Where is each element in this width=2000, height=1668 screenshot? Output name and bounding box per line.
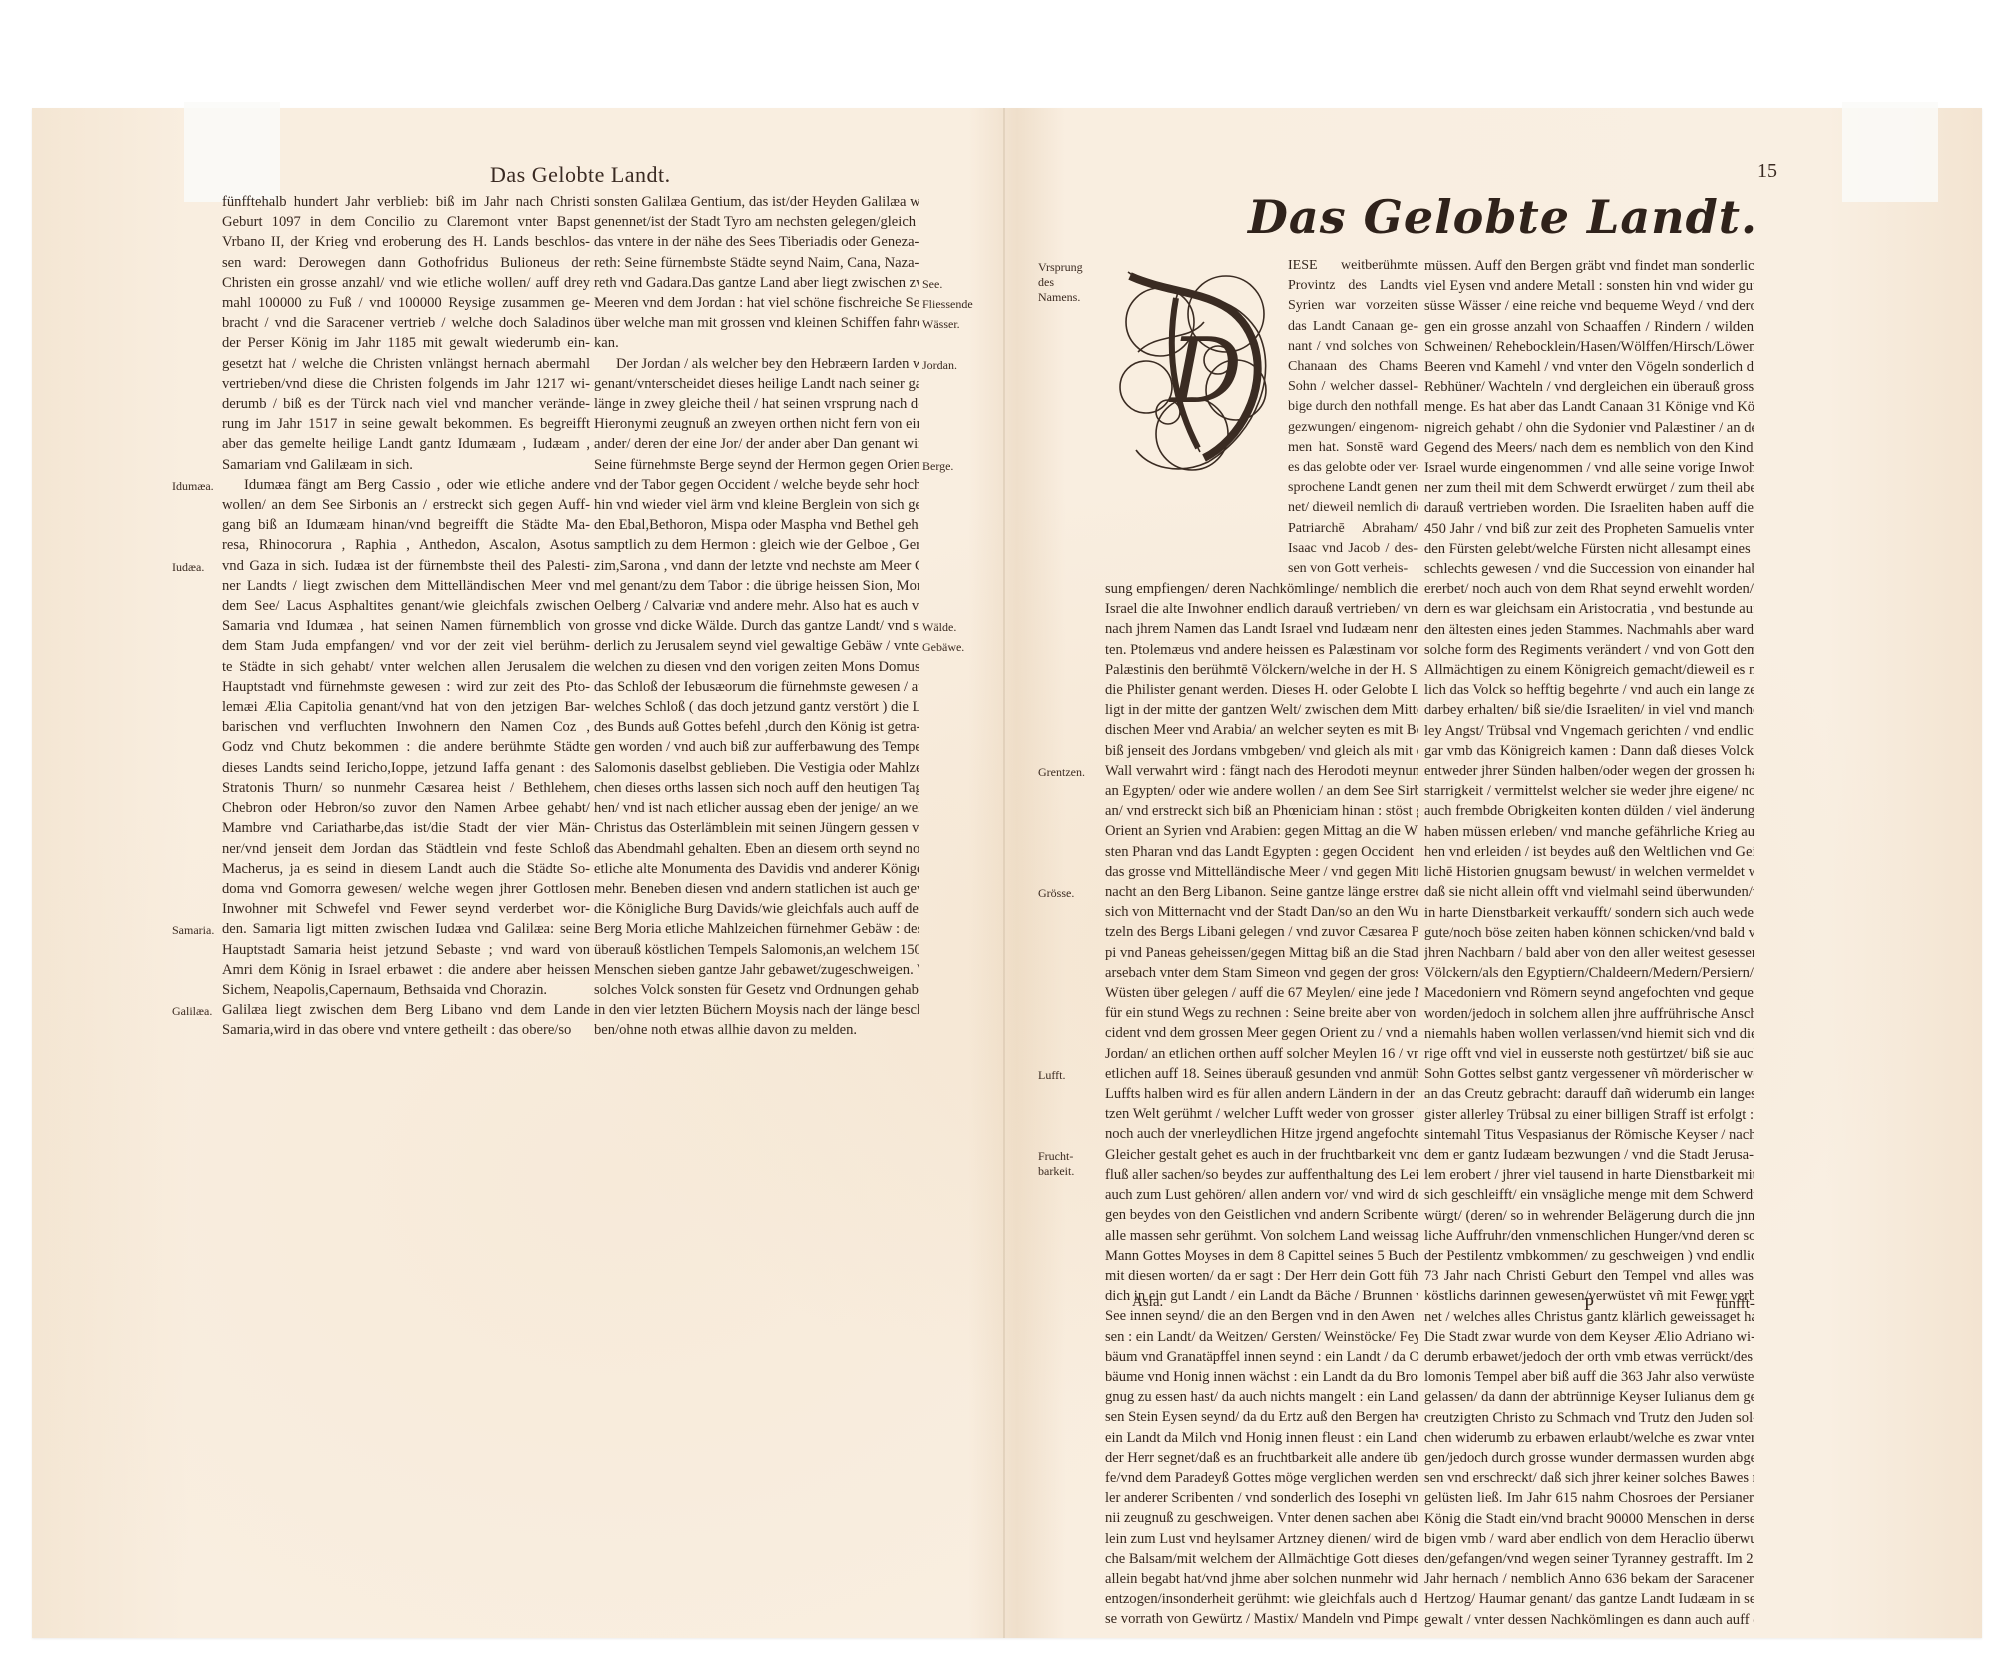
margin-note: Galilæa. bbox=[172, 1004, 222, 1019]
text-line: dischen Meer vnd Arabia/ an welcher seyt… bbox=[1105, 720, 1418, 740]
text-line: Mambre vnd Cariatharbe,das ist/die Stadt… bbox=[222, 818, 590, 838]
text-line: se vorrath von Gewürtz / Mastix/ Mandeln… bbox=[1105, 1609, 1418, 1629]
text-line: Hauptstadt vnd fürnehmste gewesen : wird… bbox=[222, 677, 590, 697]
text-line: Amri dem König in Israel erbawet : die a… bbox=[222, 960, 590, 980]
text-line: Sohn Gottes selbst gantz vergessener vñ … bbox=[1424, 1064, 1754, 1084]
text-line: genennet/ist der Stadt Tyro am nechsten … bbox=[594, 212, 919, 232]
text-line: sonsten Galilæa Gentium, das ist/der Hey… bbox=[594, 192, 919, 212]
text-line: pi vnd Paneas geheissen/gegen Mittag biß… bbox=[1105, 943, 1418, 963]
text-line: zim,Sarona , vnd dann der letzte vnd nec… bbox=[594, 556, 919, 576]
text-line: liche Auffruhr/den vnmenschlichen Hunger… bbox=[1424, 1226, 1754, 1246]
text-line: Chebron oder Hebron/so zuvor den Namen A… bbox=[222, 798, 590, 818]
text-line: die Philister genant werden. Dieses H. o… bbox=[1105, 680, 1418, 700]
text-line: Palæstinis den berühmtē Völckern/welche … bbox=[1105, 660, 1418, 680]
text-line: ten. Ptolemæus vnd andere heissen es Pal… bbox=[1105, 640, 1418, 660]
margin-note: Fliessende bbox=[922, 297, 992, 312]
text-line: Salomonis daselbst geblieben. Die Vestig… bbox=[594, 758, 919, 778]
text-line: lemæi Ælia Capitolia genant/vnd hat von … bbox=[222, 697, 590, 717]
text-line: dem er gantz Iudæam bezwungen / vnd die … bbox=[1424, 1145, 1754, 1165]
text-line: wollen/ an dem See Sirbonis an / erstrec… bbox=[222, 495, 590, 515]
decorated-initial-d-icon: D bbox=[1108, 262, 1278, 477]
text-line: sen : ein Landt/ da Weitzen/ Gersten/ We… bbox=[1105, 1327, 1418, 1347]
text-line: Gleicher gestalt gehet es auch in der fr… bbox=[1105, 1145, 1418, 1165]
text-line: Chanaan des Chams bbox=[1288, 357, 1418, 377]
text-line: gen ein grosse anzahl von Schaaffen / Ri… bbox=[1424, 317, 1754, 337]
text-line: mehr. Beneben diesen vnd andern statlich… bbox=[594, 879, 919, 899]
text-line: solches Volck sonsten für Gesetz vnd Ord… bbox=[594, 980, 919, 1000]
column-catchword: Asia. bbox=[1132, 1294, 1163, 1311]
text-line: lomonis Tempel aber biß auff die 363 Jah… bbox=[1424, 1367, 1754, 1387]
text-line: reth vnd Gadara.Das gantze Land aber lie… bbox=[594, 273, 919, 293]
text-line: sich geschleifft/ ein vnsägliche menge m… bbox=[1424, 1185, 1754, 1205]
text-line: barischen vnd verfluchten Inwohnern den … bbox=[222, 717, 590, 737]
right-page-column-1: sung empfiengen/ deren Nachkömlinge/ nem… bbox=[1105, 579, 1418, 1630]
margin-note: Iudæa. bbox=[172, 560, 222, 575]
text-line: den Ebal,Bethoron, Mispa oder Maspha vnd… bbox=[594, 515, 919, 535]
text-line: sich von Mitternacht vnd der Stadt Dan/s… bbox=[1105, 902, 1418, 922]
text-line: würgt/ (deren/ so in wehrender Belägerun… bbox=[1424, 1206, 1754, 1226]
text-line: entzogen/insonderheit gerühmt: wie gleic… bbox=[1105, 1589, 1418, 1609]
text-line: dieses Landts seind Iericho,Ioppe, jetzu… bbox=[222, 758, 590, 778]
text-line: derumb erbawet/jedoch der orth vmb etwas… bbox=[1424, 1347, 1754, 1367]
text-line: vnd Gaza in sich. Iudæa ist der fürnembs… bbox=[222, 556, 590, 576]
text-line: samptlich zu dem Hermon : gleich wie der… bbox=[594, 535, 919, 555]
text-line: lich das Volck so hefftig begehrte / vnd… bbox=[1424, 680, 1754, 700]
text-line: etlichen auff 18. Seines überauß gesunde… bbox=[1105, 1064, 1418, 1084]
text-line: überauß köstlichen Tempels Salomonis,an … bbox=[594, 940, 919, 960]
text-line: Galilæa liegt zwischen dem Berg Libano v… bbox=[222, 1000, 590, 1020]
text-line: Gegend des Meers/ nach dem es nemblich v… bbox=[1424, 438, 1754, 458]
text-line: die Königliche Burg Davids/wie gleichfal… bbox=[594, 899, 919, 919]
text-line: gezwungen/ eingenom- bbox=[1288, 418, 1418, 438]
text-line: Völckern/als den Egyptiern/Chaldeern/Med… bbox=[1424, 963, 1754, 983]
text-line: müssen. Auff den Bergen gräbt vnd findet… bbox=[1424, 256, 1754, 276]
text-line: lem erobert / jhrer viel tausend in hart… bbox=[1424, 1165, 1754, 1185]
text-line: Samaria vnd Idumæa , hat seinen Namen fü… bbox=[222, 616, 590, 636]
text-line: in den vier letzten Büchern Moysis nach … bbox=[594, 1000, 919, 1020]
text-line: mit diesen worten/ da er sagt : Der Herr… bbox=[1105, 1266, 1418, 1286]
text-line: welchen zu diesen vnd den vorigen zeiten… bbox=[594, 657, 919, 677]
text-line: süsse Wässer / eine reiche vnd bequeme W… bbox=[1424, 296, 1754, 316]
margin-note: Grentzen. bbox=[1038, 765, 1098, 780]
text-line: Seine fürnehmste Berge seynd der Hermon … bbox=[594, 455, 919, 475]
text-line: solche form des Regiments verändert / vn… bbox=[1424, 640, 1754, 660]
text-line: gang biß an Idumæam hinan/vnd begreifft … bbox=[222, 515, 590, 535]
text-line: bäume vnd Honig innen wächst : ein Landt… bbox=[1105, 1367, 1418, 1387]
text-line: Godz vnd Chutz bekommen : die andere ber… bbox=[222, 737, 590, 757]
text-line: kan. bbox=[594, 333, 919, 353]
text-line: net/ dieweil nemlich die bbox=[1288, 498, 1418, 518]
text-line: an das Creutz gebracht: darauff dañ wide… bbox=[1424, 1084, 1754, 1104]
text-line: gute/noch böse zeiten haben können schic… bbox=[1424, 923, 1754, 943]
text-line: lichē Historien gnugsam bewust/ in welch… bbox=[1424, 862, 1754, 882]
text-line: des Bunds auß Gottes befehl ,durch den K… bbox=[594, 717, 919, 737]
text-line: Der Jordan / als welcher bey den Hebræer… bbox=[594, 354, 919, 374]
text-line: chen dieses orths lassen sich noch auff … bbox=[594, 778, 919, 798]
text-line: ley Angst/ Trübsal vnd Vngemach gerichte… bbox=[1424, 721, 1754, 741]
text-line: cident vnd dem grossen Meer gegen Orient… bbox=[1105, 1023, 1418, 1043]
text-line: König die Stadt ein/vnd bracht 90000 Men… bbox=[1424, 1509, 1754, 1529]
text-line: bige durch den nothfall bbox=[1288, 397, 1418, 417]
text-line: ander/ deren der eine Jor/ der ander abe… bbox=[594, 434, 919, 454]
text-line: den. Samaria ligt mitten zwischen Iudæa … bbox=[222, 919, 590, 939]
text-line: schlechts gewesen / vnd die Succession v… bbox=[1424, 559, 1754, 579]
text-line: niemahls haben wollen verlassen/vnd hiem… bbox=[1424, 1024, 1754, 1044]
text-line: gen/jedoch durch grosse wunder dermassen… bbox=[1424, 1448, 1754, 1468]
text-line: Samaria,wird in das obere vnd vntere get… bbox=[222, 1020, 590, 1040]
text-line: länge in zwey gleiche theil / hat seinen… bbox=[594, 394, 919, 414]
text-line: Allmächtigen zu einem Königreich gemacht… bbox=[1424, 660, 1754, 680]
left-page-column-1: fünfftehalb hundert Jahr verblieb: biß i… bbox=[222, 192, 590, 1041]
text-line: gesetzt hat / welche die Christen vnläng… bbox=[222, 354, 590, 374]
text-line: fünfftehalb hundert Jahr verblieb: biß i… bbox=[222, 192, 590, 212]
text-line: nigreich gehabt / ohn die Sydonier vnd P… bbox=[1424, 418, 1754, 438]
text-line: auch zum Lust gehören/ allen andern vor/… bbox=[1105, 1185, 1418, 1205]
text-line: noch auch der vnerleydlichen Hitze jrgen… bbox=[1105, 1124, 1418, 1144]
text-line: genant/vnterscheidet dieses heilige Land… bbox=[594, 374, 919, 394]
text-line: haben müssen erleben/ vnd manche gefährl… bbox=[1424, 822, 1754, 842]
margin-note: Grösse. bbox=[1038, 886, 1098, 901]
margin-note: Idumæa. bbox=[172, 479, 222, 494]
margin-note: Wälde. bbox=[922, 620, 992, 635]
text-line: derumb / biß es der Türck nach viel vnd … bbox=[222, 394, 590, 414]
text-line: nant / vnd solches von bbox=[1288, 337, 1418, 357]
text-line: gelassen/ da dann der abtrünnige Keyser … bbox=[1424, 1387, 1754, 1407]
text-line: Hieronymi zeugnuß an zweyen orthen nicht… bbox=[594, 414, 919, 434]
text-line: derlich zu Jerusalem seynd viel gewaltig… bbox=[594, 636, 919, 656]
text-line: viel Eysen vnd andere Metall : sonsten h… bbox=[1424, 276, 1754, 296]
text-line: jhren Nachbarn / bald aber von den aller… bbox=[1424, 943, 1754, 963]
left-running-head: Das Gelobte Landt. bbox=[490, 162, 671, 188]
text-line: Sohn / welcher dassel- bbox=[1288, 377, 1418, 397]
text-line: Macedoniern vnd Römern seynd angefochten… bbox=[1424, 983, 1754, 1003]
text-line: vnd der Tabor gegen Occident / welche be… bbox=[594, 475, 919, 495]
text-line: sprochene Landt genen- bbox=[1288, 478, 1418, 498]
text-line: darauß vertrieben worden. Die Israeliten… bbox=[1424, 498, 1754, 518]
text-line: für ein stund Wegs zu rechnen : Seine br… bbox=[1105, 1003, 1418, 1023]
text-line: Syrien war vorzeiten bbox=[1288, 296, 1418, 316]
text-line: bigen vmb / ward aber endlich von dem He… bbox=[1424, 1529, 1754, 1549]
text-line: doma vnd Gomorra gewesen/ welche wegen j… bbox=[222, 879, 590, 899]
text-line: hen vnd erleiden / ist beydes auß den We… bbox=[1424, 842, 1754, 862]
text-line: alle massen sehr gerühmt. Von solchem La… bbox=[1105, 1226, 1418, 1246]
text-line: ererbet/ noch auch von dem Rhat seynd er… bbox=[1424, 579, 1754, 599]
text-line: tzeln des Bergs Libani gelegen / vnd zuv… bbox=[1105, 922, 1418, 942]
text-line: dem Stam Juda empfangen/ vnd vor der zei… bbox=[222, 636, 590, 656]
text-line: Hauptstadt Samaria heist jetzund Sebaste… bbox=[222, 940, 590, 960]
text-line: ner/vnd jenseit dem Jordan das Städtlein… bbox=[222, 839, 590, 859]
text-line: Beeren vnd Kamehl / vnd vnter den Vögeln… bbox=[1424, 357, 1754, 377]
text-line: das Schloß der Iebusæorum die fürnehmste… bbox=[594, 677, 919, 697]
text-line: worden/jedoch in solchem allen jhre auff… bbox=[1424, 1004, 1754, 1024]
text-line: Christen ein grosse anzahl/ vnd wie etli… bbox=[222, 273, 590, 293]
text-line: Schweinen/ Rehebocklein/Hasen/Wölffen/Hi… bbox=[1424, 337, 1754, 357]
text-line: sen vnd erschreckt/ daß sich jhrer keine… bbox=[1424, 1468, 1754, 1488]
page-number: 15 bbox=[1757, 160, 1777, 183]
text-line: Meeren vnd dem Jordan : hat viel schöne … bbox=[594, 293, 919, 313]
text-line: den/gefangen/vnd wegen seiner Tyranney g… bbox=[1424, 1549, 1754, 1569]
text-line: gar vmb das Königreich kamen : Dann daß … bbox=[1424, 741, 1754, 761]
text-line: rung im Jahr 1517 in seine gewalt bekomm… bbox=[222, 414, 590, 434]
text-line: arsebach vnter dem Stam Simeon vnd gegen… bbox=[1105, 963, 1418, 983]
text-line: Patriarchē Abraham/ bbox=[1288, 519, 1418, 539]
text-line: an/ vnd erstreckt sich biß an Phœniciam … bbox=[1105, 801, 1418, 821]
text-line: den Fürsten gelebt/welche Fürsten nicht … bbox=[1424, 539, 1754, 559]
text-line: Luffts halben wird es für allen andern L… bbox=[1105, 1084, 1418, 1104]
text-line: sung empfiengen/ deren Nachkömlinge/ nem… bbox=[1105, 579, 1418, 599]
text-line: ben/ohne noth etwas allhie davon zu meld… bbox=[594, 1020, 919, 1040]
text-line: Stratonis Thurn/ so nunmehr Cæsarea heis… bbox=[222, 778, 590, 798]
text-line: über welche man mit grossen vnd kleinen … bbox=[594, 313, 919, 333]
text-line: Oelberg / Calvariæ vnd andere mehr. Also… bbox=[594, 596, 919, 616]
text-line: sten Pharan vnd das Landt Egypten : gege… bbox=[1105, 842, 1418, 862]
text-line: welches Schloß ( das doch jetzund gantz … bbox=[594, 697, 919, 717]
signature-mark: P bbox=[1584, 1294, 1594, 1315]
text-line: creutzigten Christo zu Schmach vnd Trutz… bbox=[1424, 1408, 1754, 1428]
text-line: dern es war gleichsam ein Aristocratia ,… bbox=[1424, 599, 1754, 619]
text-line: Christus das Osterlämblein mit seinen Jü… bbox=[594, 818, 919, 838]
text-line: aber das gemelte heilige Landt gantz Idu… bbox=[222, 434, 590, 454]
text-line: gister allerley Trübsal zu einer billige… bbox=[1424, 1105, 1754, 1125]
text-line: sen Stein Eysen seynd/ da du Ertz auß de… bbox=[1105, 1407, 1418, 1427]
text-line: Wüsten über gelegen / auff die 67 Meylen… bbox=[1105, 983, 1418, 1003]
text-line: entweder jhrer Sünden halben/oder wegen … bbox=[1424, 761, 1754, 781]
text-line: hen/ vnd ist nach etlicher aussag eben d… bbox=[594, 798, 919, 818]
margin-note: Gebäwe. bbox=[922, 640, 992, 655]
margin-note: Lufft. bbox=[1038, 1068, 1098, 1083]
text-line: nacht an den Berg Libanon. Seine gantze … bbox=[1105, 882, 1418, 902]
text-line: grosse vnd dicke Wälde. Durch das gantze… bbox=[594, 616, 919, 636]
text-line: Hertzog/ Haumar genant/ das gantze Landt… bbox=[1424, 1589, 1754, 1609]
text-line: fluß aller sachen/so beydes zur auffenth… bbox=[1105, 1165, 1418, 1185]
text-line: Jahr hernach / nemblich Anno 636 bekam d… bbox=[1424, 1569, 1754, 1589]
text-line: Mann Gottes Moyses in dem 8 Capittel sei… bbox=[1105, 1246, 1418, 1266]
right-page-column-1-beside-initial: IESE weitberühmteProvintz des LandtsSyri… bbox=[1288, 256, 1418, 579]
text-line: dem See/ Lacus Asphaltites genant/wie gl… bbox=[222, 596, 590, 616]
text-line: bäum vnd Granatäpffel innen seynd : ein … bbox=[1105, 1347, 1418, 1367]
text-line: reth: Seine fürnembste Städte seynd Naim… bbox=[594, 253, 919, 273]
text-line: Samariam vnd Galilæam in sich. bbox=[222, 455, 590, 475]
text-line: Geburt 1097 in dem Concilio zu Claremont… bbox=[222, 212, 590, 232]
text-line: auch frembde Obrigkeiten konten dülden /… bbox=[1424, 801, 1754, 821]
text-line: Jordan/ an etlichen orthen auff solcher … bbox=[1105, 1044, 1418, 1064]
text-line: 450 Jahr / vnd biß zur zeit des Prophete… bbox=[1424, 519, 1754, 539]
text-line: Sichem, Neapolis,Capernaum, Bethsaida vn… bbox=[222, 980, 590, 1000]
text-line: ler anderer Scribenten / vnd sonderlich … bbox=[1105, 1488, 1418, 1508]
text-line: gewalt / vnter dessen Nachkömlingen es d… bbox=[1424, 1610, 1754, 1630]
text-line: das vntere in der nähe des Sees Tiberiad… bbox=[594, 232, 919, 252]
text-line: daß sie nicht allein offt vnd vielmahl s… bbox=[1424, 882, 1754, 902]
text-line: nach jhrem Namen das Landt Israel vnd Iu… bbox=[1105, 619, 1418, 639]
text-line: ner zum theil mit dem Schwerdt erwürget … bbox=[1424, 478, 1754, 498]
text-line: es das gelobte oder ver- bbox=[1288, 458, 1418, 478]
text-line: Rebhüner/ Wachteln / vnd dergleichen ein… bbox=[1424, 377, 1754, 397]
text-line: hin vnd wieder viel ärm vnd kleine Bergl… bbox=[594, 495, 919, 515]
text-line: lein zum Lust vnd heylsamer Artzney dien… bbox=[1105, 1529, 1418, 1549]
text-line: sen von Gott verheis- bbox=[1288, 559, 1418, 579]
page-title: Das Gelobte Landt. bbox=[1248, 190, 1758, 244]
margin-note: Berge. bbox=[922, 459, 992, 474]
text-line: mel genant/zu dem Tabor : die übrige hei… bbox=[594, 576, 919, 596]
text-line: der Pestilentz vmbkommen/ zu geschweigen… bbox=[1424, 1246, 1754, 1266]
tape-strip-left bbox=[184, 102, 280, 202]
margin-note: See. bbox=[922, 277, 992, 292]
text-line: ner Landts / liegt zwischen dem Mittellä… bbox=[222, 576, 590, 596]
text-line: resa, Rhinocorura , Raphia , Anthedon, A… bbox=[222, 535, 590, 555]
text-line: Israel wurde eingenommen / vnd alle sein… bbox=[1424, 458, 1754, 478]
margin-note: Samaria. bbox=[172, 923, 222, 938]
text-line: Die Stadt zwar wurde von dem Keyser Ælio… bbox=[1424, 1327, 1754, 1347]
page-catchword: fünfft- bbox=[1716, 1296, 1755, 1313]
text-line: gen beydes von den Geistlichen vnd ander… bbox=[1105, 1205, 1418, 1225]
text-line: che Balsam/mit welchem der Allmächtige G… bbox=[1105, 1549, 1418, 1569]
text-line: gelüsten ließ. Im Jahr 615 nahm Chosroes… bbox=[1424, 1488, 1754, 1508]
text-line: starrigkeit / vermittelst welcher sie we… bbox=[1424, 781, 1754, 801]
text-line: in harte Dienstbarkeit verkaufft/ sonder… bbox=[1424, 903, 1754, 923]
text-line: Israel die alte Inwohner endlich darauß … bbox=[1105, 599, 1418, 619]
text-line: sen ward: Derowegen dann Gothofridus Bul… bbox=[222, 253, 590, 273]
text-line: Idumæa fängt am Berg Cassio , oder wie e… bbox=[222, 475, 590, 495]
text-line: sintemahl Titus Vespasianus der Römische… bbox=[1424, 1125, 1754, 1145]
text-line: fe/vnd dem Paradeyß Gottes möge verglich… bbox=[1105, 1468, 1418, 1488]
text-line: Provintz des Landts bbox=[1288, 276, 1418, 296]
text-line: allein begabt hat/vnd jhme aber solchen … bbox=[1105, 1569, 1418, 1589]
margin-note: Frucht-barkeit. bbox=[1038, 1149, 1098, 1179]
text-line: Inwohner mit Schwefel vnd Fewer seynd ve… bbox=[222, 899, 590, 919]
text-line: Macherus, ja es seind in diesem Landt au… bbox=[222, 859, 590, 879]
text-line: te Städte in sich gehabt/ vnter welchen … bbox=[222, 657, 590, 677]
margin-note: Wässer. bbox=[922, 317, 992, 332]
center-fold bbox=[1003, 108, 1005, 1638]
text-line: an Egypten/ oder wie andere wollen / an … bbox=[1105, 781, 1418, 801]
text-line: das Landt Canaan ge- bbox=[1288, 317, 1418, 337]
text-line: ligt in der mitte der gantzen Welt/ zwis… bbox=[1105, 700, 1418, 720]
text-line: biß jenseit des Jordans vmbgeben/ vnd gl… bbox=[1105, 741, 1418, 761]
text-line: den ältesten eines jeden Stammes. Nachma… bbox=[1424, 620, 1754, 640]
text-line: menge. Es hat aber das Landt Canaan 31 K… bbox=[1424, 397, 1754, 417]
text-line: der Herr segnet/daß es an fruchtbarkeit … bbox=[1105, 1448, 1418, 1468]
text-line: rige offt vnd viel in eusserste noth ges… bbox=[1424, 1044, 1754, 1064]
text-line: gnug zu essen hast/ da auch nichts mange… bbox=[1105, 1387, 1418, 1407]
margin-note: Jordan. bbox=[922, 358, 992, 373]
text-line: 73 Jahr nach Christi Geburt den Tempel v… bbox=[1424, 1266, 1754, 1286]
svg-text:D: D bbox=[1168, 319, 1242, 424]
text-line: darbey erhalten/ biß sie/die Israeliten/… bbox=[1424, 700, 1754, 720]
text-line: etliche alte Monumenta des Davidis vnd a… bbox=[594, 859, 919, 879]
text-line: Menschen sieben gantze Jahr gebawet/zuge… bbox=[594, 960, 919, 980]
text-line: chen widerumb zu erbawen erlaubt/welche … bbox=[1424, 1428, 1754, 1448]
text-line: IESE weitberühmte bbox=[1288, 256, 1418, 276]
text-line: ein Landt da Milch vnd Honig innen fleus… bbox=[1105, 1428, 1418, 1448]
text-line: mahl 100000 zu Fuß / vnd 100000 Reysige … bbox=[222, 293, 590, 313]
text-line: men hat. Sonstē ward bbox=[1288, 438, 1418, 458]
text-line: das Abendmahl gehalten. Eben an diesem o… bbox=[594, 839, 919, 859]
text-line: der Perser König im Jahr 1185 mit gewalt… bbox=[222, 333, 590, 353]
text-line: vertrieben/vnd diese die Christen folgen… bbox=[222, 374, 590, 394]
tape-strip-right bbox=[1842, 102, 1938, 202]
text-line: Orient an Syrien vnd Arabien: gegen Mitt… bbox=[1105, 821, 1418, 841]
text-line: nii zeugnuß zu geschweigen. Vnter denen … bbox=[1105, 1508, 1418, 1528]
text-line: Isaac vnd Jacob / des- bbox=[1288, 539, 1418, 559]
text-line: gen worden / vnd auch biß zur aufferbawu… bbox=[594, 737, 919, 757]
text-line: Berg Moria etliche Mahlzeichen fürnehmer… bbox=[594, 919, 919, 939]
text-line: Vrbano II, der Krieg vnd eroberung des H… bbox=[222, 232, 590, 252]
right-page-column-2: müssen. Auff den Bergen gräbt vnd findet… bbox=[1424, 256, 1754, 1630]
left-page-column-2: sonsten Galilæa Gentium, das ist/der Hey… bbox=[594, 192, 919, 1041]
text-line: das grosse vnd Mittelländische Meer / vn… bbox=[1105, 862, 1418, 882]
text-line: Wall verwahrt wird : fängt nach des Hero… bbox=[1105, 761, 1418, 781]
text-line: bracht / vnd die Saracener vertrieb / we… bbox=[222, 313, 590, 333]
margin-note: Vrsprung des Namens. bbox=[1038, 260, 1098, 305]
text-line: tzen Welt gerühmt / welcher Lufft weder … bbox=[1105, 1104, 1418, 1124]
